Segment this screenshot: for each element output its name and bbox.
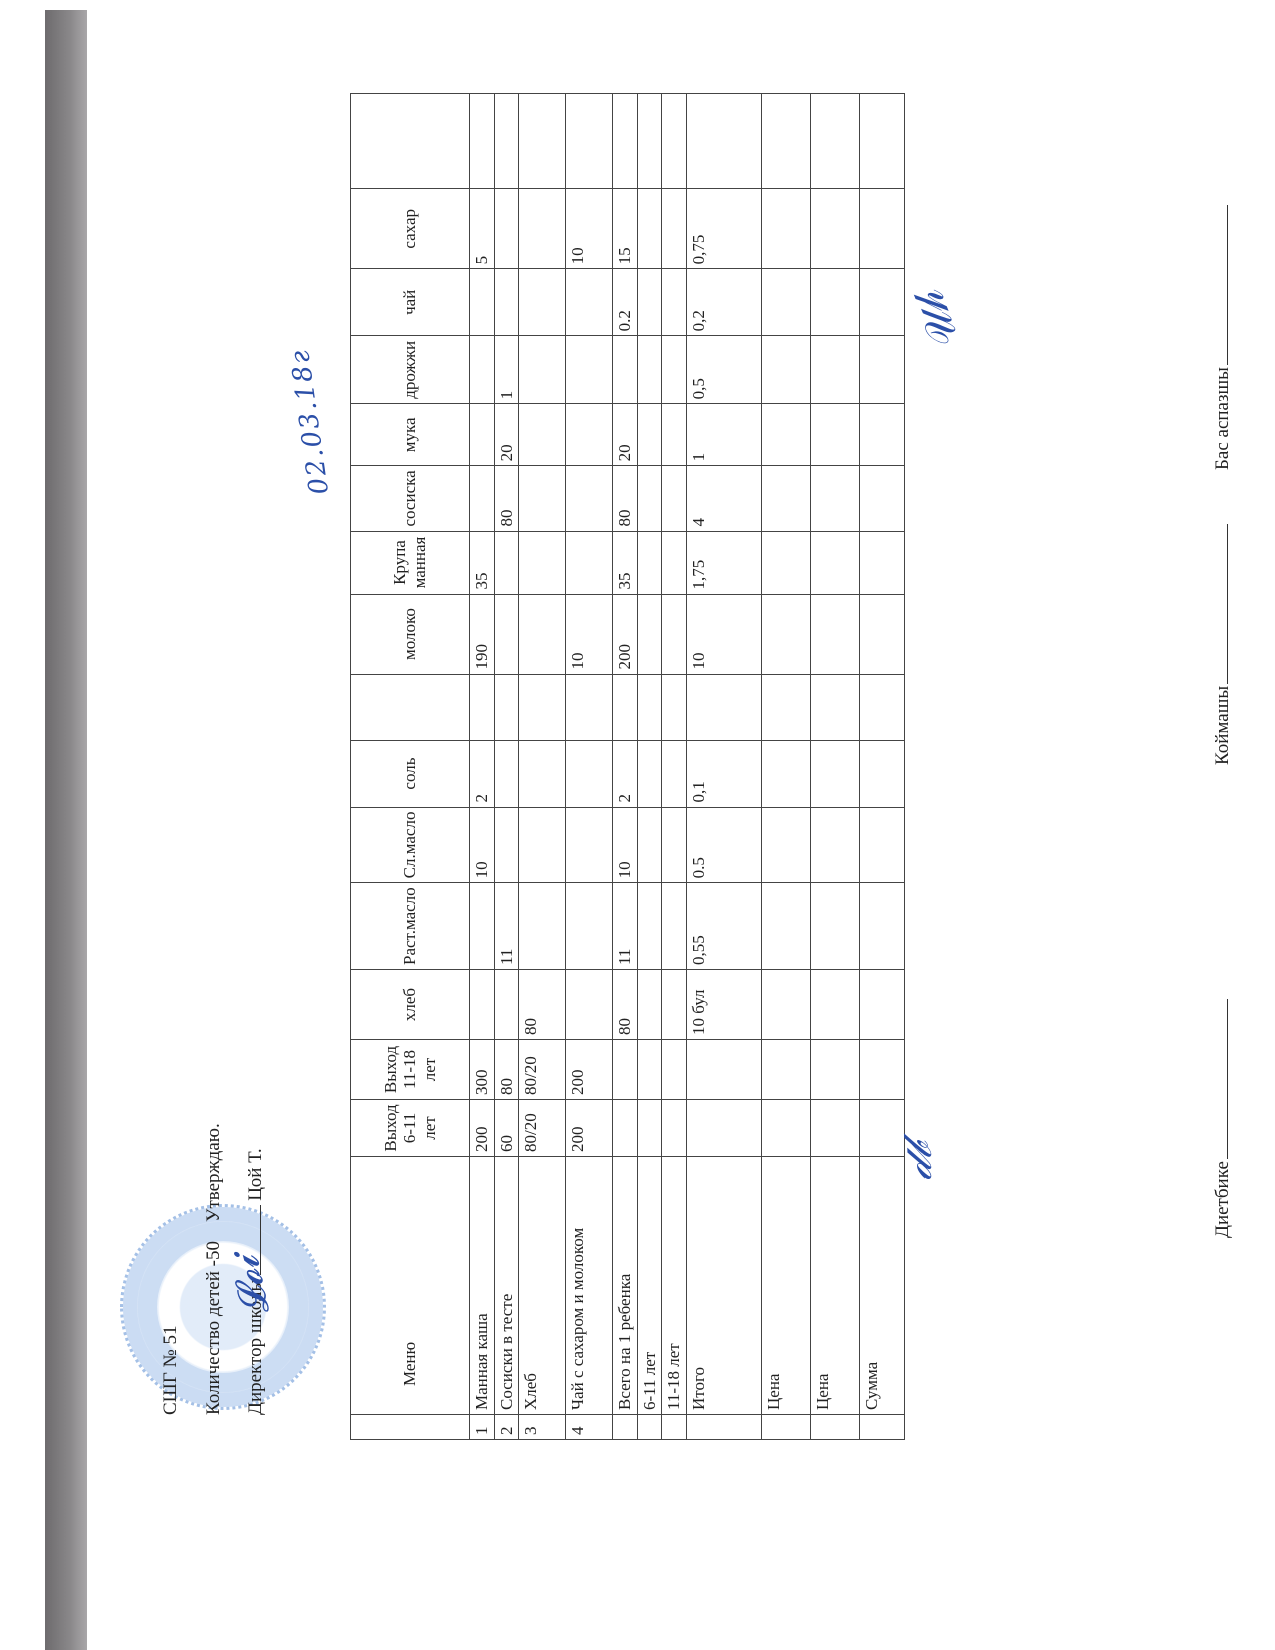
table-cell: 0,55 (686, 883, 761, 970)
table-cell (761, 336, 810, 404)
table-row: 4Чай с сахаром и молоком2002001010 (566, 94, 613, 1440)
row-number (810, 1415, 859, 1440)
table-cell: 200 (613, 594, 638, 674)
dish-name: Всего на 1 ребенка (613, 1157, 638, 1415)
table-cell (662, 336, 687, 404)
table-cell (519, 269, 566, 336)
row-number: 4 (566, 1415, 613, 1440)
column-header (351, 674, 470, 740)
table-row: Всего на 1 ребенка80111022003580200.215 (613, 94, 638, 1440)
table-cell (494, 269, 519, 336)
column-header: молоко (351, 594, 470, 674)
table-cell (637, 740, 662, 807)
dietitian-signature-line (1227, 999, 1228, 1159)
table-cell (859, 269, 904, 336)
head-cook-signature-field: Бас аспазшы (1212, 205, 1234, 470)
table-cell (566, 970, 613, 1040)
table-cell (519, 189, 566, 269)
table-cell (613, 336, 638, 404)
table-cell (637, 189, 662, 269)
column-header: хлеб (351, 970, 470, 1040)
table-cell (859, 674, 904, 740)
dish-name: Чай с сахаром и молоком (566, 1157, 613, 1415)
children-count-line: Количество детей -50 Утверждаю. (203, 1123, 225, 1415)
dish-name: 11-18 лет (662, 1157, 687, 1415)
storekeeper-signature-line (1227, 524, 1228, 684)
row-number (613, 1415, 638, 1440)
dish-name: 6-11 лет (637, 1157, 662, 1415)
table-cell (810, 1100, 859, 1157)
table-cell (859, 883, 904, 970)
table-cell: 35 (613, 531, 638, 594)
table-row: Итого10 бул0,550.50,1101,75410,50,20,75 (686, 94, 761, 1440)
table-cell (470, 269, 495, 336)
table-cell (662, 466, 687, 531)
table-cell: 0,2 (686, 269, 761, 336)
table-cell (637, 531, 662, 594)
column-header: Меню (351, 1157, 470, 1415)
table-cell (810, 807, 859, 883)
table-cell (662, 883, 687, 970)
table-cell (662, 740, 687, 807)
table-cell (494, 531, 519, 594)
table-cell (686, 1040, 761, 1100)
row-number (761, 1415, 810, 1440)
table-cell (810, 269, 859, 336)
table-cell: 0,1 (686, 740, 761, 807)
table-cell: 80/20 (519, 1100, 566, 1157)
dish-name: Цена (810, 1157, 859, 1415)
column-header: Раст.масло (351, 883, 470, 970)
table-cell: 11 (613, 883, 638, 970)
table-cell: 1,75 (686, 531, 761, 594)
dish-name: Итого (686, 1157, 761, 1415)
table-cell: 190 (470, 594, 495, 674)
table-cell (761, 1100, 810, 1157)
table-cell (810, 594, 859, 674)
table-cell (761, 269, 810, 336)
storekeeper-signature-field: Коймашы (1212, 524, 1234, 765)
dish-name: Хлеб (519, 1157, 566, 1415)
table-cell (859, 466, 904, 531)
row-number: 3 (519, 1415, 566, 1440)
dietitian-signature-field: Диетбике (1212, 999, 1234, 1238)
table-cell: 5 (470, 189, 495, 269)
table-cell (761, 1040, 810, 1100)
table-cell (519, 594, 566, 674)
table-cell: 1 (686, 404, 761, 466)
column-header: Крупа манная (351, 531, 470, 594)
table-cell: 35 (470, 531, 495, 594)
table-cell (686, 1100, 761, 1157)
row-number (686, 1415, 761, 1440)
column-header: чай (351, 269, 470, 336)
table-cell (761, 466, 810, 531)
table-cell: 80 (613, 466, 638, 531)
table-cell: 10 бул (686, 970, 761, 1040)
table-cell: 0.2 (613, 269, 638, 336)
table-cell (810, 94, 859, 189)
table-cell (637, 1100, 662, 1157)
table-cell (637, 674, 662, 740)
table-cell (662, 970, 687, 1040)
table-cell (566, 883, 613, 970)
table-cell: 80 (494, 466, 519, 531)
table-row: 11-18 лет (662, 94, 687, 1440)
table-cell (519, 466, 566, 531)
table-cell (761, 970, 810, 1040)
row-number (662, 1415, 687, 1440)
column-header (351, 94, 470, 189)
table-cell (519, 807, 566, 883)
dish-name: Манная каша (470, 1157, 495, 1415)
table-cell (613, 1040, 638, 1100)
school-name: СШГ № 51 (160, 1326, 182, 1415)
table-cell (566, 466, 613, 531)
table-cell (470, 674, 495, 740)
table-cell (761, 189, 810, 269)
column-header: соль (351, 740, 470, 807)
table-cell (613, 94, 638, 189)
table-cell (519, 94, 566, 189)
column-header: сосиска (351, 466, 470, 531)
table-row: 3Хлеб80/2080/2080 (519, 94, 566, 1440)
table-cell (810, 970, 859, 1040)
table-cell (470, 466, 495, 531)
table-cell: 2 (470, 740, 495, 807)
column-header (351, 1415, 470, 1440)
column-header: Выход 11-18 лет (351, 1040, 470, 1100)
row-number: 2 (494, 1415, 519, 1440)
dish-name: Сосиски в тесте (494, 1157, 519, 1415)
table-cell (519, 674, 566, 740)
table-cell (859, 94, 904, 189)
table-cell: 1 (494, 336, 519, 404)
table-cell: 0,5 (686, 336, 761, 404)
table-cell (662, 189, 687, 269)
dish-name: Сумма (859, 1157, 904, 1415)
table-cell (494, 970, 519, 1040)
column-header: дрожжи (351, 336, 470, 404)
table-cell: 80/20 (519, 1040, 566, 1100)
table-cell (494, 189, 519, 269)
table-cell (859, 189, 904, 269)
table-cell: 10 (470, 807, 495, 883)
dish-name: Цена (761, 1157, 810, 1415)
table-cell (613, 674, 638, 740)
table-row: Цена (810, 94, 859, 1440)
table-cell (662, 404, 687, 466)
table-cell (566, 674, 613, 740)
table-cell (810, 336, 859, 404)
table-cell: 200 (470, 1100, 495, 1157)
table-cell (859, 531, 904, 594)
table-cell (686, 674, 761, 740)
table-cell (637, 883, 662, 970)
table-cell (761, 94, 810, 189)
table-cell: 10 (613, 807, 638, 883)
table-cell (859, 740, 904, 807)
column-header: мука (351, 404, 470, 466)
table-cell (637, 807, 662, 883)
storekeeper-label: Коймашы (1212, 686, 1233, 765)
table-cell (810, 883, 859, 970)
head-cook-label: Бас аспазшы (1212, 367, 1233, 470)
table-cell (470, 883, 495, 970)
table-cell (662, 674, 687, 740)
table-cell (662, 531, 687, 594)
menu-document-page: СШГ № 51 Количество детей -50 Утверждаю.… (0, 0, 1275, 1650)
table-cell (566, 531, 613, 594)
table-cell (859, 1040, 904, 1100)
table-cell: 0.5 (686, 807, 761, 883)
table-cell (566, 807, 613, 883)
table-cell (859, 594, 904, 674)
table-cell (662, 1100, 687, 1157)
handwritten-date: 02.03.18г (285, 347, 335, 497)
table-cell (859, 336, 904, 404)
table-cell: 200 (566, 1040, 613, 1100)
table-cell (494, 594, 519, 674)
table-cell (494, 807, 519, 883)
table-cell (470, 336, 495, 404)
menu-table: МенюВыход 6-11 летВыход 11-18 летхлебРас… (350, 93, 905, 1440)
table-cell (686, 94, 761, 189)
table-cell (859, 807, 904, 883)
table-cell (859, 970, 904, 1040)
table-cell (761, 883, 810, 970)
dietitian-signature-icon: 𝒹𝒷 (895, 1143, 941, 1180)
table-cell (761, 807, 810, 883)
children-count: Количество детей -50 (203, 1241, 224, 1415)
table-cell: 300 (470, 1040, 495, 1100)
table-cell (637, 404, 662, 466)
table-row: 1Манная каша200300102190355 (470, 94, 495, 1440)
table-cell (519, 336, 566, 404)
table-cell (810, 531, 859, 594)
table-cell (637, 970, 662, 1040)
table-cell (810, 466, 859, 531)
table-cell (662, 269, 687, 336)
table-cell: 60 (494, 1100, 519, 1157)
row-number (637, 1415, 662, 1440)
table-cell (637, 466, 662, 531)
table-cell: 80 (613, 970, 638, 1040)
table-row: 6-11 лет (637, 94, 662, 1440)
table-cell (613, 1100, 638, 1157)
table-cell (519, 740, 566, 807)
table-cell (810, 189, 859, 269)
table-cell: 4 (686, 466, 761, 531)
table-cell (566, 404, 613, 466)
table-cell (494, 740, 519, 807)
table-cell (519, 883, 566, 970)
table-row: Сумма (859, 94, 904, 1440)
table-cell (494, 674, 519, 740)
table-cell (470, 94, 495, 189)
table-cell (566, 740, 613, 807)
table-cell: 80 (494, 1040, 519, 1100)
table-cell (810, 740, 859, 807)
table-cell: 10 (566, 594, 613, 674)
table-cell (761, 404, 810, 466)
table-cell: 11 (494, 883, 519, 970)
table-cell (470, 404, 495, 466)
table-cell (662, 594, 687, 674)
head-cook-signature-icon: 𝒰𝒽 (906, 285, 969, 356)
column-header: Выход 6-11 лет (351, 1100, 470, 1157)
table-cell (566, 336, 613, 404)
table-cell (519, 404, 566, 466)
table-cell (637, 336, 662, 404)
table-cell (519, 531, 566, 594)
dietitian-label: Диетбике (1212, 1161, 1233, 1238)
table-row: Цена (761, 94, 810, 1440)
table-cell (637, 594, 662, 674)
table-cell (662, 1040, 687, 1100)
table-cell: 20 (613, 404, 638, 466)
table-cell (494, 94, 519, 189)
director-name: Цой Т. (245, 1148, 266, 1200)
table-cell: 15 (613, 189, 638, 269)
table-cell (761, 594, 810, 674)
table-cell (761, 740, 810, 807)
table-cell (566, 94, 613, 189)
table-cell: 10 (686, 594, 761, 674)
table-cell: 80 (519, 970, 566, 1040)
table-cell (566, 269, 613, 336)
column-header: Сл.масло (351, 807, 470, 883)
table-cell: 10 (566, 189, 613, 269)
table-cell (470, 970, 495, 1040)
table-row: 2Сосиски в тесте60801180201 (494, 94, 519, 1440)
table-cell: 0,75 (686, 189, 761, 269)
table-cell (810, 404, 859, 466)
table-cell (761, 531, 810, 594)
table-cell: 20 (494, 404, 519, 466)
table-cell (662, 807, 687, 883)
table-cell (810, 1040, 859, 1100)
table-cell (637, 1040, 662, 1100)
approve-label: Утверждаю. (203, 1123, 224, 1222)
table-cell (859, 404, 904, 466)
table-cell (662, 94, 687, 189)
table-cell: 200 (566, 1100, 613, 1157)
row-number: 1 (470, 1415, 495, 1440)
table-cell (637, 94, 662, 189)
table-header-row: МенюВыход 6-11 летВыход 11-18 летхлебРас… (351, 94, 470, 1440)
table-cell (810, 674, 859, 740)
table-cell (761, 674, 810, 740)
table-cell (637, 269, 662, 336)
table-cell: 2 (613, 740, 638, 807)
row-number (859, 1415, 904, 1440)
head-cook-signature-line (1227, 205, 1228, 365)
column-header: сахар (351, 189, 470, 269)
